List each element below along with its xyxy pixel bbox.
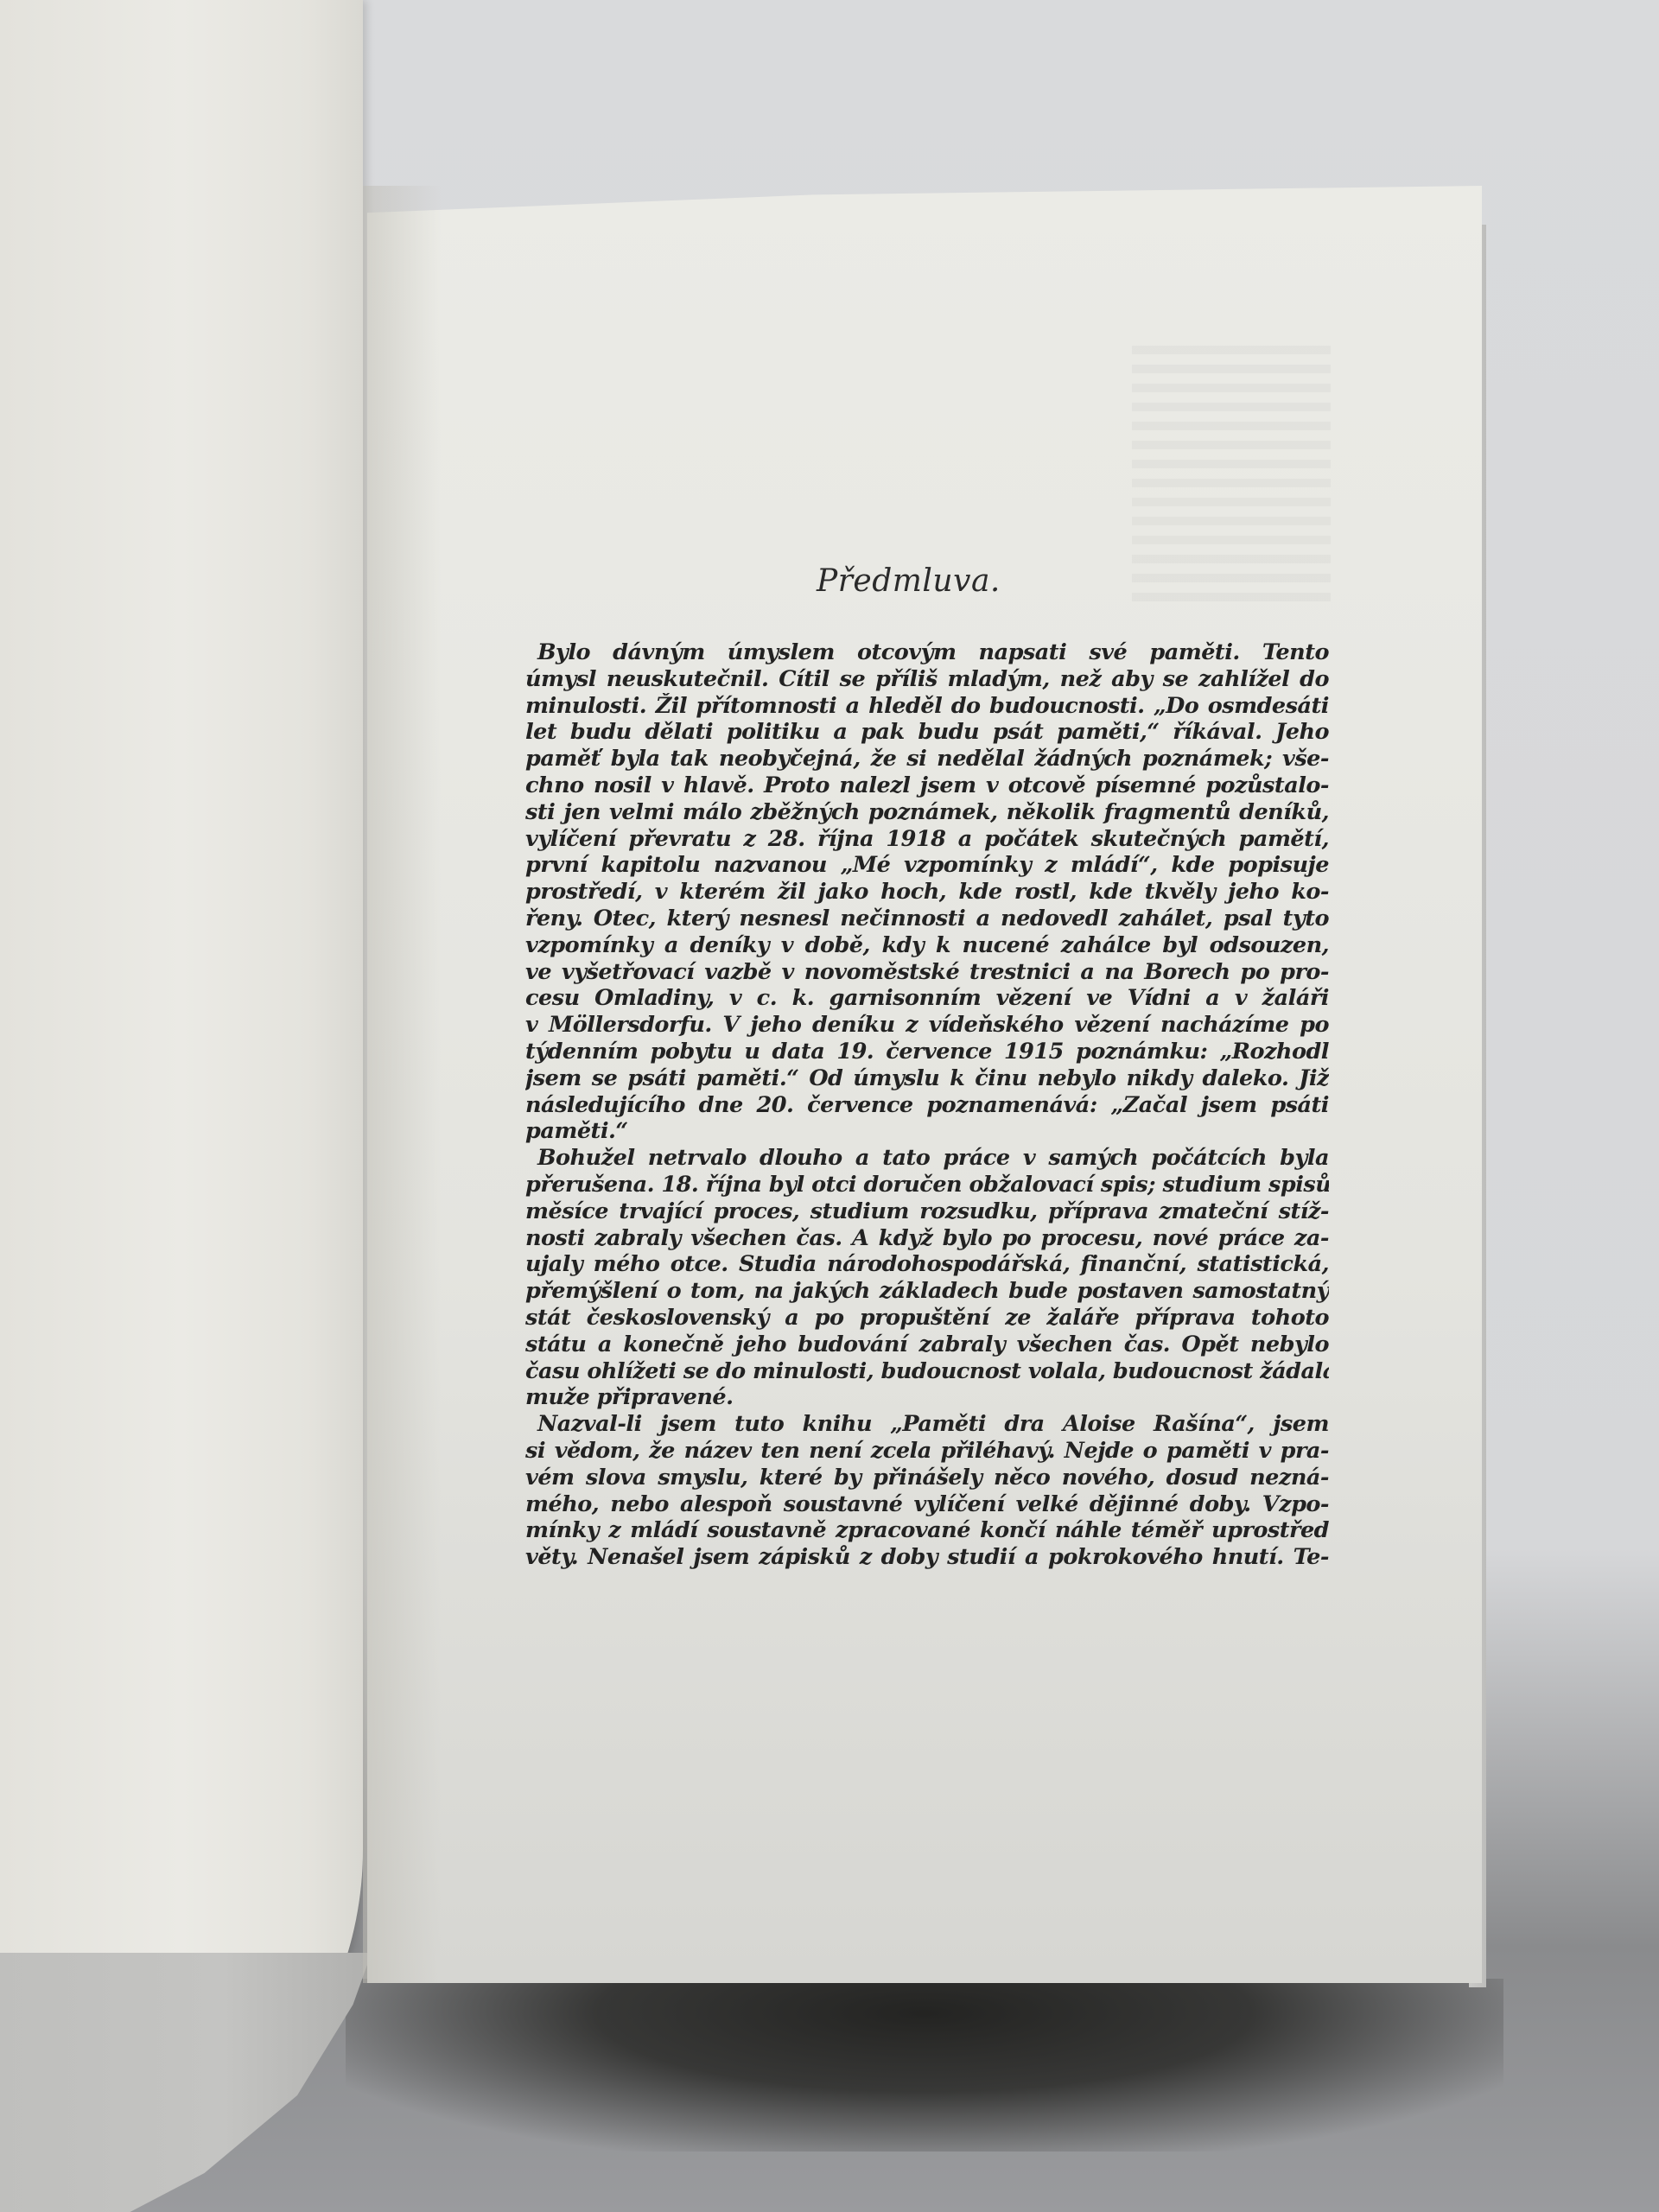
- text-line: mého, nebo alespoň soustavné vylíčení ve…: [525, 1491, 1329, 1518]
- text-line: paměti.“: [525, 1118, 1329, 1145]
- text-line: chno nosil v hlavě. Proto nalezl jsem v …: [525, 772, 1329, 799]
- text-line: vém slova smyslu, které by přinášely něc…: [525, 1465, 1329, 1491]
- text-line: měsíce trvající proces, studium rozsudku…: [525, 1198, 1329, 1225]
- text-line: Nazval-li jsem tuto knihu „Paměti dra Al…: [525, 1411, 1329, 1438]
- text-line: času ohlížeti se do minulosti, budoucnos…: [525, 1358, 1329, 1385]
- preface-body: Bylo dávným úmyslem otcovým napsati své …: [525, 639, 1329, 1571]
- text-line: ve vyšetřovací vazbě v novoměstské trest…: [525, 959, 1329, 986]
- text-line: muže připravené.: [525, 1384, 1329, 1411]
- text-line: jsem se psáti paměti.“ Od úmyslu k činu …: [525, 1065, 1329, 1092]
- text-line: Bohužel netrvalo dlouho a tato práce v s…: [525, 1145, 1329, 1172]
- text-line: minulosti. Žil přítomnosti a hleděl do b…: [525, 693, 1329, 720]
- text-line: stát československý a po propuštění ze ž…: [525, 1305, 1329, 1332]
- text-line: vylíčení převratu z 28. října 1918 a poč…: [525, 826, 1329, 853]
- text-line: týdenním pobytu u data 19. července 1915…: [525, 1039, 1329, 1065]
- text-line: cesu Omladiny, v c. k. garnisonním vězen…: [525, 985, 1329, 1012]
- text-line: sti jen velmi málo zběžných poznámek, ně…: [525, 799, 1329, 826]
- text-line: následujícího dne 20. července poznamená…: [525, 1092, 1329, 1119]
- text-line: Bylo dávným úmyslem otcovým napsati své …: [525, 639, 1329, 666]
- book-gutter: [363, 186, 441, 1983]
- text-line: let budu dělati politiku a pak budu psát…: [525, 719, 1329, 746]
- left-page-curled: [0, 0, 363, 2212]
- text-line: státu a konečně jeho budování zabraly vš…: [525, 1332, 1329, 1358]
- book-shadow: [346, 1979, 1503, 2152]
- text-line: mínky z mládí soustavně zpracované končí…: [525, 1517, 1329, 1544]
- show-through-text: [1132, 346, 1331, 605]
- text-line: v Möllersdorfu. V jeho deníku z vídeňské…: [525, 1012, 1329, 1039]
- text-line: si vědom, že název ten není zcela přiléh…: [525, 1438, 1329, 1465]
- text-line: paměť byla tak neobyčejná, že si nedělal…: [525, 746, 1329, 772]
- text-line: řeny. Otec, který nesnesl nečinnosti a n…: [525, 906, 1329, 932]
- text-line: ujaly mého otce. Studia národohospodářsk…: [525, 1251, 1329, 1278]
- text-line: nosti zabraly všechen čas. A když bylo p…: [525, 1225, 1329, 1252]
- left-page-bottom-shade: [0, 1953, 372, 2212]
- text-line: věty. Nenašel jsem zápisků z doby studií…: [525, 1544, 1329, 1571]
- text-line: přemýšlení o tom, na jakých základech bu…: [525, 1278, 1329, 1305]
- book-photo-scene: Předmluva. Bylo dávným úmyslem otcovým n…: [0, 0, 1659, 2212]
- text-line: prostředí, v kterém žil jako hoch, kde r…: [525, 879, 1329, 906]
- page-title: Předmluva.: [817, 563, 1001, 599]
- text-line: úmysl neuskutečnil. Cítil se příliš mlad…: [525, 666, 1329, 693]
- text-line: vzpomínky a deníky v době, kdy k nucené …: [525, 932, 1329, 959]
- text-line: první kapitolu nazvanou „Mé vzpomínky z …: [525, 852, 1329, 879]
- text-line: přerušena. 18. října byl otci doručen ob…: [525, 1172, 1329, 1198]
